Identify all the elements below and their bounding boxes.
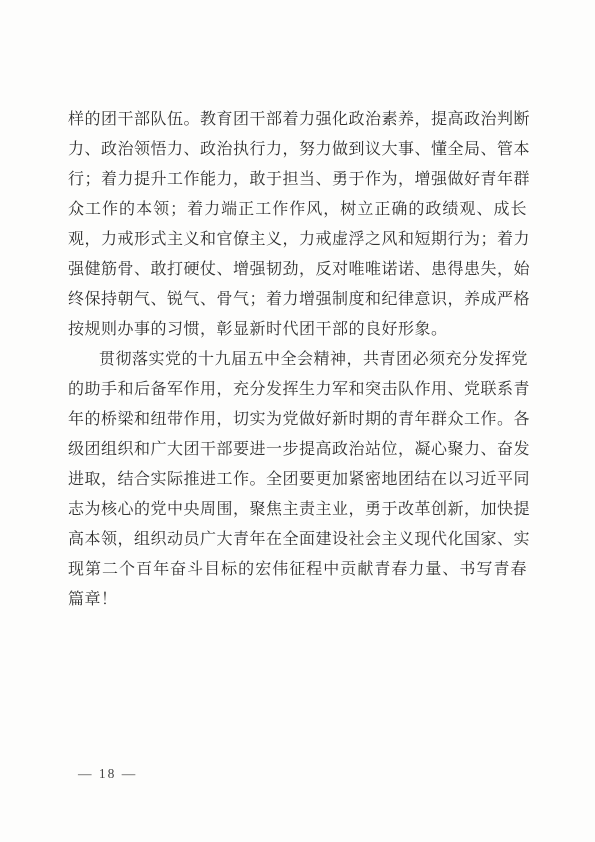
text-line: 力、政治领悟力、政治执行力，努力做到议大事、懂全局、管本 — [68, 135, 527, 165]
text-line: 现第二个百年奋斗目标的宏伟征程中贡献青春力量、书写青春 — [68, 555, 527, 585]
document-page: 样的团干部队伍。教育团干部着力强化政治素养，提高政治判断 力、政治领悟力、政治执… — [0, 0, 595, 842]
text-line: 进取，结合实际推进工作。全团要更加紧密地团结在以习近平同 — [68, 465, 527, 495]
text-line: 终保持朝气、锐气、骨气；着力增强制度和纪律意识，养成严格 — [68, 285, 527, 315]
text-line: 强健筋骨、敢打硬仗、增强韧劲，反对唯唯诺诺、患得患失，始 — [68, 255, 527, 285]
paragraph-2: 贯彻落实党的十九届五中全会精神，共青团必须充分发挥党 的助手和后备军作用，充分发… — [68, 345, 527, 615]
page-number: — 18 — — [78, 764, 137, 784]
text-line: 样的团干部队伍。教育团干部着力强化政治素养，提高政治判断 — [68, 105, 527, 135]
text-line: 高本领，组织动员广大青年在全面建设社会主义现代化国家、实 — [68, 525, 527, 555]
text-line: 级团组织和广大团干部要进一步提高政治站位，凝心聚力、奋发 — [68, 435, 527, 465]
text-line: 志为核心的党中央周围，聚焦主责主业，勇于改革创新，加快提 — [68, 495, 527, 525]
text-line: 按规则办事的习惯，彰显新时代团干部的良好形象。 — [68, 315, 527, 345]
text-line: 行；着力提升工作能力，敢于担当、勇于作为，增强做好青年群 — [68, 165, 527, 195]
text-line: 贯彻落实党的十九届五中全会精神，共青团必须充分发挥党 — [68, 345, 527, 375]
text-line: 年的桥梁和纽带作用，切实为党做好新时期的青年群众工作。各 — [68, 405, 527, 435]
text-line: 的助手和后备军作用，充分发挥生力军和突击队作用、党联系青 — [68, 375, 527, 405]
paragraph-1: 样的团干部队伍。教育团干部着力强化政治素养，提高政治判断 力、政治领悟力、政治执… — [68, 105, 527, 345]
text-line: 观，力戒形式主义和官僚主义，力戒虚浮之风和短期行为；着力 — [68, 225, 527, 255]
text-line: 篇章！ — [68, 585, 527, 615]
text-line: 众工作的本领；着力端正工作作风，树立正确的政绩观、成长 — [68, 195, 527, 225]
body-text: 样的团干部队伍。教育团干部着力强化政治素养，提高政治判断 力、政治领悟力、政治执… — [68, 105, 527, 615]
